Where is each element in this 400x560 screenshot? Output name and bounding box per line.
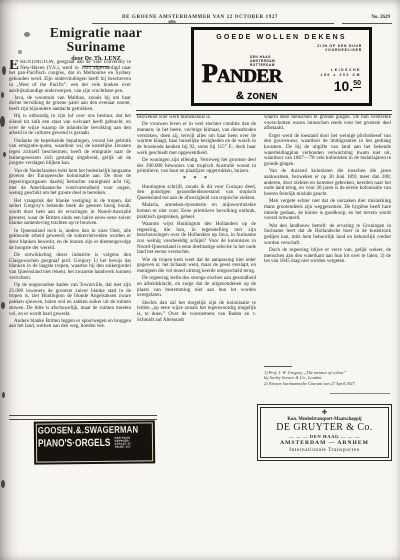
masthead-rule [92, 23, 334, 24]
body-paragraph: De woningen zijn ellendig. Verreweg het … [137, 158, 256, 175]
body-paragraph: EHUNTINGTON, geograaf aan de Yale Univer… [9, 60, 131, 94]
article-end-rule [330, 393, 390, 394]
body-paragraph: Java, de woontuin van Malthus, zooals hi… [9, 96, 131, 113]
scan-speckle [1, 480, 5, 488]
body-paragraph: Waarom wijst Huntington den Hollanders o… [137, 222, 256, 256]
article-column-1: EHUNTINGTON, geograaf aan de Yale Univer… [9, 60, 131, 413]
goosen-name: GOOSEN․&․SWAGERMAN [38, 425, 132, 437]
body-paragraph: Het vraagstuk der blanke vestiging in de… [9, 199, 131, 228]
scan-speckle [0, 116, 5, 127]
body-paragraph: bezweken wier werk binnenshuis is. [137, 115, 256, 121]
body-paragraph: Slechts dan zal het mogelijk zijn de kol… [137, 301, 256, 324]
body-paragraph: In Queensland toch is, anders dan in onz… [9, 229, 131, 252]
body-paragraph: Doch de regeering blijve er verre van, g… [264, 248, 391, 265]
pander-product-size: LEIDSCHE 150 x 200 CM [321, 68, 362, 77]
dropcap: E [9, 60, 19, 71]
price-cents: 50 [353, 80, 361, 88]
article-column-2: bezweken wier werk binnenshuis is. De vr… [137, 115, 256, 476]
body-paragraph: De ontwikkeling dezer industrie is volge… [9, 253, 131, 282]
pander-tagline: ZIJN OP DEN DUUR VOORDEELIGER [317, 44, 362, 52]
pander-brand-rest: ANDER [217, 66, 282, 87]
article-column-3: waarin deze menschen te gronde gingen. D… [264, 115, 391, 362]
body-paragraph: Men vergete echter niet dat de oorzaken … [264, 199, 391, 222]
ad-goosen-swagerman: GOOSEN․&․SWAGERMAN PIANO'S·ORGELS DEN HA… [34, 420, 155, 464]
scan-speckle [2, 66, 6, 75]
dinkus-separator: * * * [137, 177, 256, 183]
gruyter-city: — — — DEN HAAG — — — [261, 434, 388, 439]
pander-headline: GOEDE WOLLEN DEKENS [194, 34, 369, 41]
body-paragraph: Malaria, amoeben-dysenterie en mijnwormz… [137, 203, 256, 220]
gruyter-frame: ✤ Kon. Meubeltransport-Maatschappij DE G… [260, 407, 389, 458]
body-paragraph: Erger werd de toestand door het weinige … [264, 134, 391, 168]
goosen-address: DEN HAAG KEPPLER- STRAAT 27 TELEF. 117 [115, 437, 131, 450]
masthead-rule [342, 23, 392, 24]
footnote-separator [264, 366, 292, 367]
body-paragraph: Ondanks de beperkende bepalingen, vooral… [9, 139, 131, 168]
headline-line2: Suriname [14, 40, 178, 54]
body-paragraph: Andere blanke Britten leggen er spoorweg… [9, 319, 131, 330]
body-paragraph: Van de Nederlanders trekt hem het bedenk… [9, 169, 131, 198]
issue-number: No. 2629 [371, 15, 390, 20]
ornament-icon: ✤ [261, 410, 388, 416]
body-paragraph: Wie de tropen kent weet dat de aanpassin… [137, 258, 256, 275]
gruyter-service: Internationale Transporten [261, 447, 388, 453]
headline-line1: Emigratie naar [14, 26, 178, 40]
paragraph-text: HUNTINGTON, geograaf aan de Yale Univers… [9, 60, 131, 94]
pander-price: 10.50 [334, 78, 361, 94]
gruyter-route: AMSTERDAM — ARNHEM [261, 440, 388, 446]
body-paragraph: Van de duizend kolonisten die tusschen d… [264, 169, 391, 198]
ampersand-glyph: & [236, 90, 244, 102]
newspaper-page: DE GROENE AMSTERDAMMER VAN 22 OCTOBER 19… [0, 0, 400, 560]
ad-pander-dekens: GOEDE WOLLEN DEKENS ZIJN OP DEN DUUR VOO… [191, 27, 372, 106]
pander-size: 150 x 200 CM [321, 73, 362, 78]
rule-above-goosen [9, 415, 157, 420]
scan-speckle [1, 302, 5, 309]
pander-brand-initial: P [202, 59, 217, 88]
body-paragraph: De regeering stelle dus strenge eischen … [137, 276, 256, 299]
scan-speckle [3, 152, 6, 157]
price-main: 10. [334, 78, 353, 94]
masthead-title: DE GROENE AMSTERDAMMER VAN 22 OCTOBER 19… [0, 15, 400, 20]
scan-speckle [2, 392, 5, 398]
body-paragraph: Op de ongezondste kaden van Townsville, … [9, 283, 131, 317]
body-paragraph: Hij is uitbundig in zijn lof over ons be… [9, 114, 131, 137]
body-paragraph: De vrouwen leven er in veel slechter con… [137, 122, 256, 156]
pander-zonen-word: ZONEN [247, 92, 278, 101]
body-paragraph: Huntington schrijft, zooals ik dit voor … [137, 185, 256, 202]
footnote: 2) Nieuwe Surinaamsche Courant van 27 Ap… [264, 381, 391, 386]
pander-tagline-line2: VOORDEELIGER [317, 48, 362, 52]
pander-zonen: & ZONEN [236, 90, 278, 102]
goosen-products: PIANO'S·ORGELS [38, 437, 111, 450]
pander-logo: PANDER [202, 63, 282, 88]
scan-speckle [1, 92, 4, 98]
gruyter-name: DE GRUYTER & Co. [261, 423, 388, 433]
body-paragraph: waarin deze menschen te gronde gingen. D… [264, 115, 391, 132]
footnotes: 1) Prof. J. W. Gregory, „The menace of c… [264, 370, 391, 386]
goosen-phone: TELEF. 117 [115, 446, 131, 449]
body-paragraph: Wat den landbouw betreft: de ervaring te… [264, 224, 391, 247]
ad-de-gruyter: ✤ Kon. Meubeltransport-Maatschappij DE G… [257, 404, 392, 461]
